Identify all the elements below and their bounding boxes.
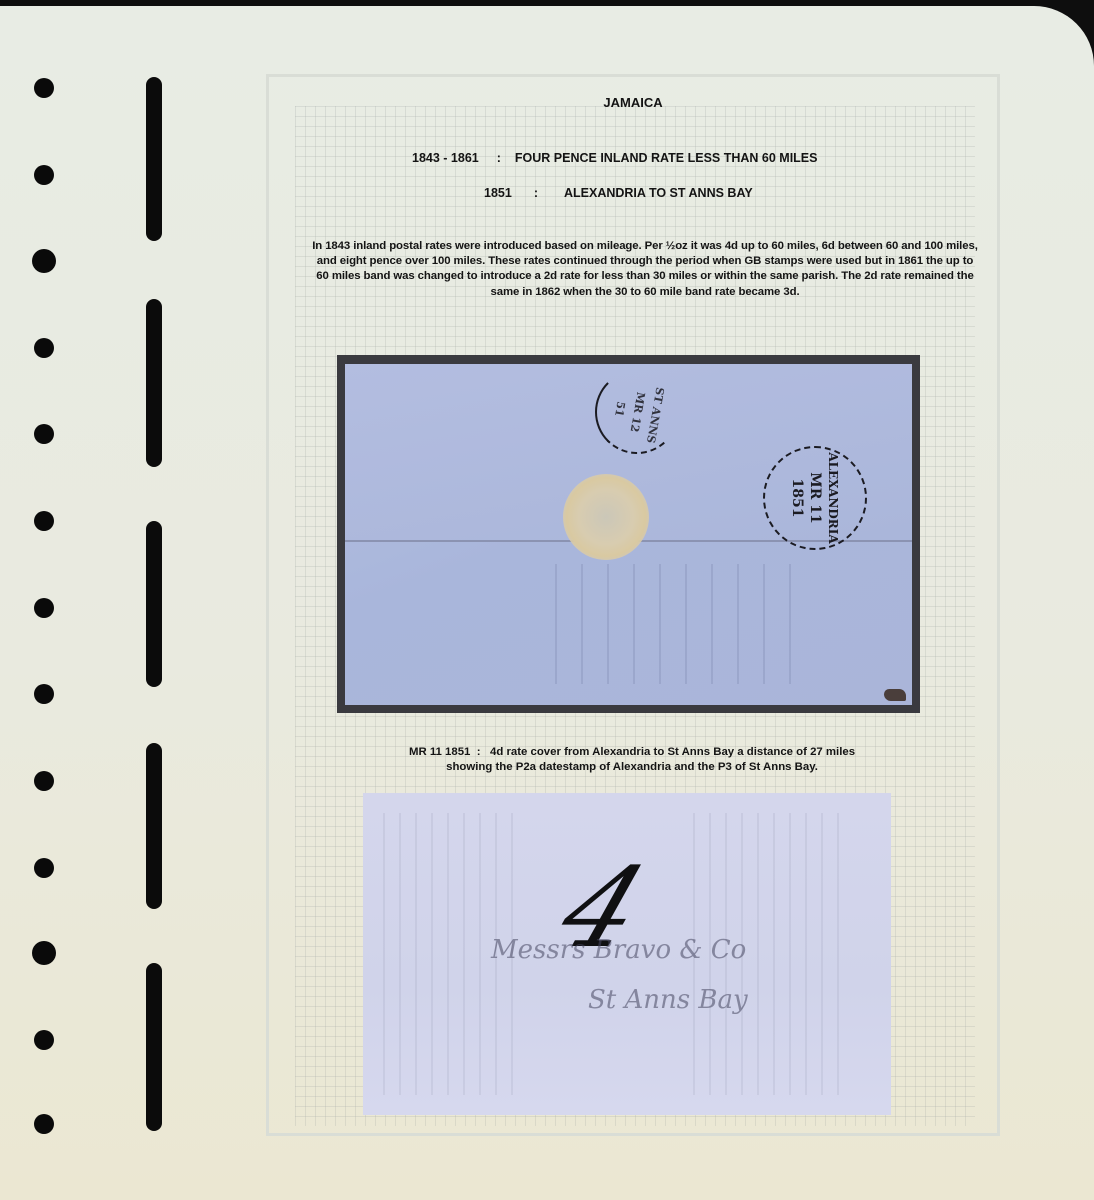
punch-hole (34, 1114, 54, 1134)
separator: : (497, 151, 501, 165)
punch-hole (34, 858, 54, 878)
st-anns-bay-datestamp: ST ANNS MR 12 51 (595, 370, 679, 454)
punch-hole (34, 1030, 54, 1050)
cover-back-mount: ST ANNS MR 12 51 ALEXANDRIA MR 11 1851 (337, 355, 920, 713)
period-dates: 1843 - 1861 (412, 151, 479, 165)
caption-line-1: MR 11 1851 : 4d rate cover from Alexandr… (362, 745, 902, 760)
caption-line-2: showing the P2a datestamp of Alexandria … (362, 760, 902, 775)
address-line-1: Messrs Bravo & Co (491, 935, 746, 965)
show-through-text (555, 564, 815, 684)
stamp-year: 1851 (788, 479, 806, 518)
punch-hole (34, 684, 54, 704)
binder-slot (146, 963, 162, 1131)
punch-hole (32, 249, 56, 273)
punch-hole (34, 771, 54, 791)
punch-hole (34, 78, 54, 98)
corner-hinge (884, 689, 906, 701)
punch-hole (34, 338, 54, 358)
punch-hole (34, 598, 54, 618)
binder-slot (146, 77, 162, 241)
stamp-year: 51 (609, 400, 629, 418)
route-heading: 1851:ALEXANDRIA TO ST ANNS BAY (484, 186, 753, 200)
period-title: FOUR PENCE INLAND RATE LESS THAN 60 MILE… (515, 151, 818, 165)
route-title: ALEXANDRIA TO ST ANNS BAY (564, 186, 753, 200)
cover-front-image: 4 Messrs Bravo & Co St Anns Bay (363, 793, 891, 1115)
punch-hole (34, 511, 54, 531)
binder-slot (146, 521, 162, 687)
wax-seal-stain (563, 474, 649, 560)
address-line-2: St Anns Bay (588, 985, 748, 1015)
stamp-town: ALEXANDRIA (824, 452, 842, 543)
binder-slot (146, 299, 162, 467)
route-year: 1851 (484, 186, 512, 200)
stamp-date: MR 11 (806, 472, 824, 524)
cover-back-image: ST ANNS MR 12 51 ALEXANDRIA MR 11 1851 (345, 364, 912, 705)
alexandria-datestamp: ALEXANDRIA MR 11 1851 (763, 446, 867, 550)
punch-hole (32, 941, 56, 965)
description-paragraph: In 1843 inland postal rates were introdu… (312, 239, 978, 300)
punch-hole (34, 424, 54, 444)
separator: : (534, 186, 538, 200)
cover-caption: MR 11 1851 : 4d rate cover from Alexandr… (362, 745, 902, 775)
binder-slot (146, 743, 162, 909)
punch-hole (34, 165, 54, 185)
period-heading: 1843 - 1861:FOUR PENCE INLAND RATE LESS … (412, 151, 817, 165)
page-title: JAMAICA (266, 95, 1000, 110)
